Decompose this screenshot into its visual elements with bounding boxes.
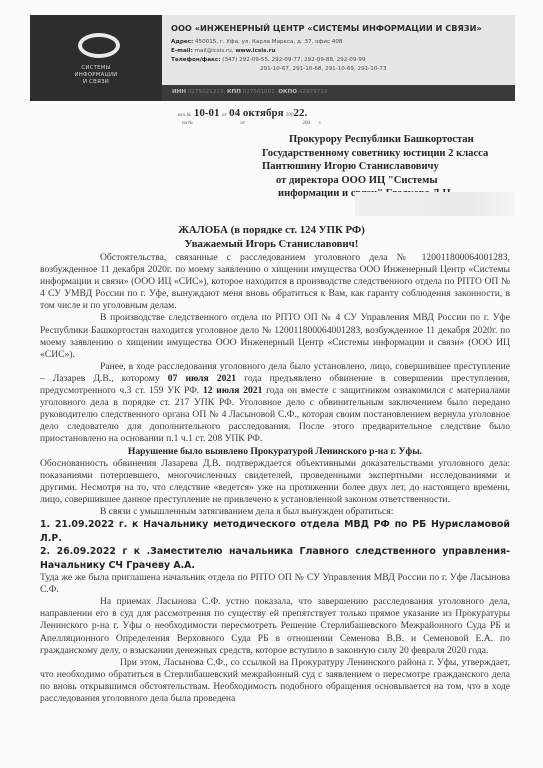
- paragraph-7: На приемах Ласынова С.Ф. устно показала,…: [40, 596, 510, 656]
- company-name: ООО «ИНЖЕНЕРНЫЙ ЦЕНТР «СИСТЕМЫ ИНФОРМАЦИ…: [171, 23, 482, 33]
- paragraph-6: Туда же же была приглашена начальник отд…: [40, 572, 510, 596]
- company-registration-ids: ИНН 0275021213, КПП 027501001, ОКПО 4297…: [162, 85, 515, 101]
- company-info: ООО «ИНЖЕНЕРНЫЙ ЦЕНТР «СИСТЕМЫ ИНФОРМАЦИ…: [162, 15, 515, 85]
- paragraph-1: Обстоятельства, связанные с расследовани…: [40, 252, 510, 312]
- scan-shadow: [355, 192, 515, 216]
- company-logo: СИСТЕМЫ ИНФОРМАЦИИ И СВЯЗИ: [30, 15, 162, 101]
- document-page: СИСТЕМЫ ИНФОРМАЦИИ И СВЯЗИ ООО «ИНЖЕНЕРН…: [0, 0, 543, 768]
- paragraph-2: В производстве следственного отдела по Р…: [40, 312, 510, 360]
- letterhead: СИСТЕМЫ ИНФОРМАЦИИ И СВЯЗИ ООО «ИНЖЕНЕРН…: [30, 15, 515, 101]
- company-address: Адрес: 450015, г. Уфа, ул. Карла Маркса,…: [171, 39, 342, 45]
- document-title: ЖАЛОБА (в порядке ст. 124 УПК РФ): [0, 224, 543, 236]
- paragraph-3: Ранее, в ходе расследования уголовного д…: [40, 361, 510, 446]
- greeting: Уважаемый Игорь Станиславович!: [0, 238, 543, 250]
- logo-text: СИСТЕМЫ ИНФОРМАЦИИ И СВЯЗИ: [30, 65, 162, 86]
- email-link: mail@icsis.ru,: [195, 48, 234, 54]
- document-body: Обстоятельства, связанные с расследовани…: [40, 252, 510, 705]
- paragraph-5: В связи с умышленным затягиванием дела я…: [40, 506, 510, 518]
- company-email: E-mail: mail@icsis.ru, www.icsis.ru: [171, 48, 275, 54]
- reply-reference: на № от 200 г.: [182, 121, 321, 126]
- paragraph-4: Обоснованность обвинения Лазарева Д.В. п…: [40, 458, 510, 506]
- reference-date: 04 октября: [229, 107, 283, 119]
- outgoing-reference: исх.№ 10-01 от 04 октября 20022.: [178, 107, 307, 119]
- company-phones-2: 291-10-67, 291-10-68, 291-10-69, 291-10-…: [260, 66, 386, 72]
- company-phones: Телефон/факс: (347) 292-09-55, 292-09-77…: [171, 57, 366, 63]
- violation-heading: Нарушение было выявлено Прокуратурой Лен…: [40, 446, 510, 458]
- addressee-block: Прокурору Республики Башкортостан Госуда…: [262, 133, 488, 201]
- appeal-2: 2. 26.09.2022 г к .Заместителю начальник…: [40, 545, 510, 572]
- paragraph-8: При этом, Ласынова С.Ф., со ссылкой на П…: [40, 657, 510, 705]
- reference-number: 10-01: [194, 107, 220, 119]
- appeal-1: 1. 21.09.2022 г. к Начальнику методическ…: [40, 518, 510, 545]
- website-link: www.icsis.ru: [235, 48, 275, 54]
- ring-logo-icon: [78, 33, 120, 58]
